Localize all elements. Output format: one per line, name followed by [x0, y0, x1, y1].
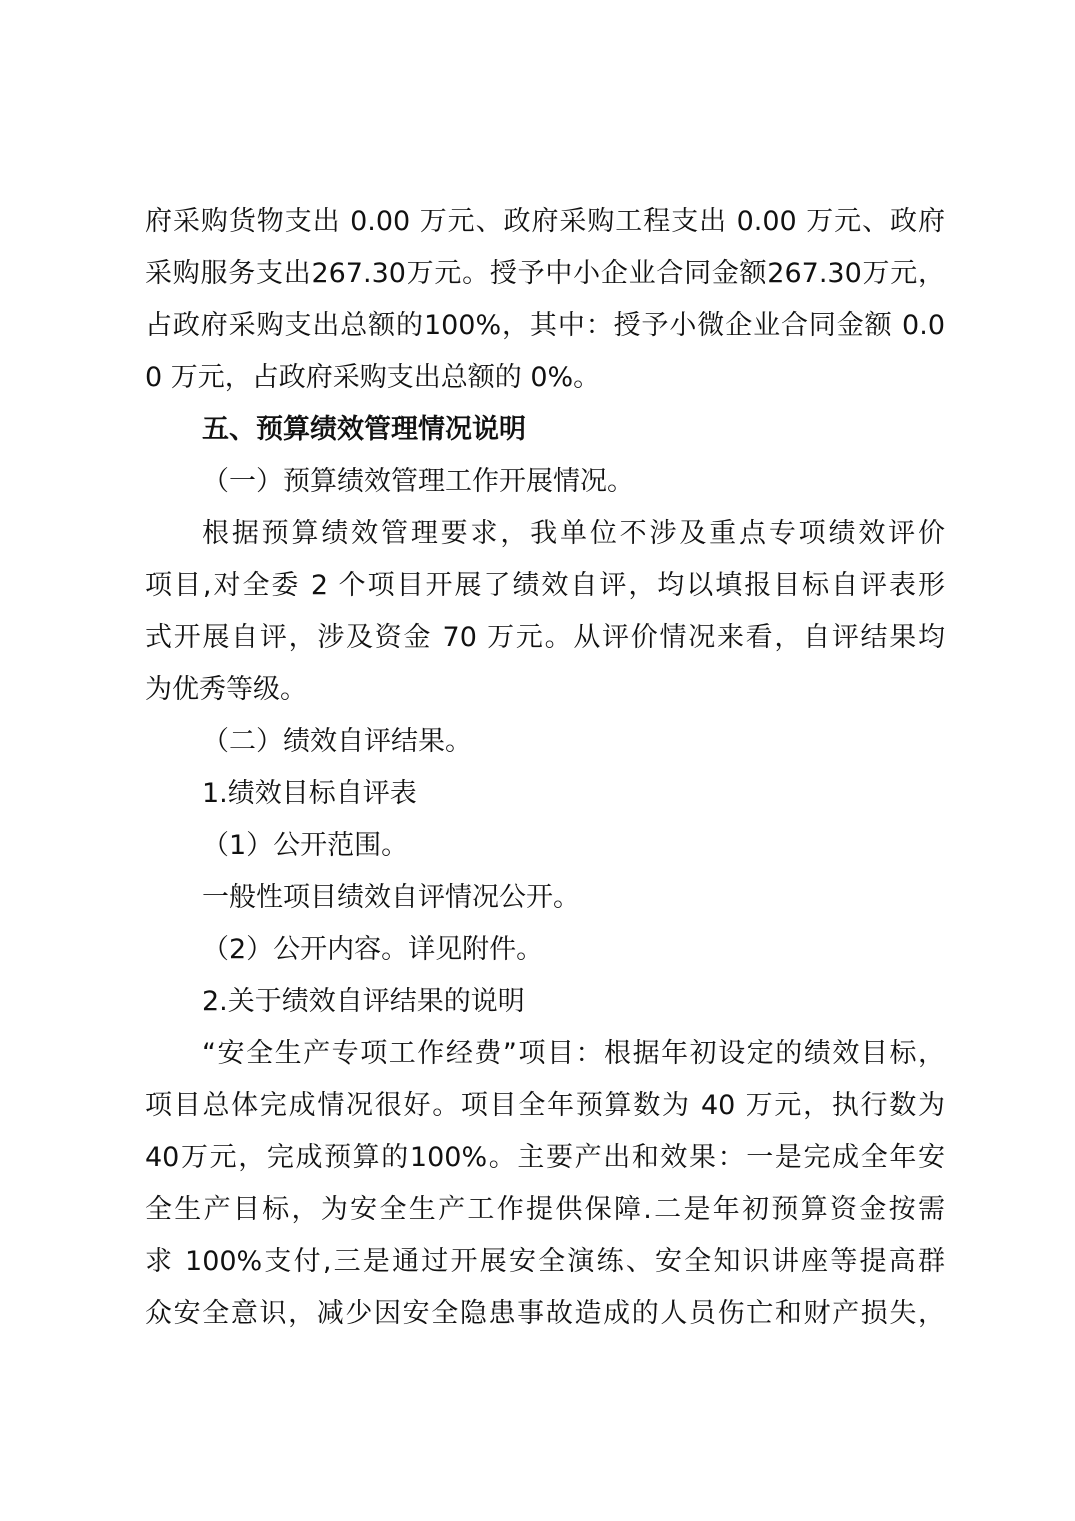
body-text-line: 式开展自评，涉及资金 70 万元。从评价情况来看，自评结果均 — [145, 618, 945, 658]
body-text-line: 全生产目标，为安全生产工作提供保障.二是年初预算资金按需 — [145, 1190, 945, 1230]
body-text-line: “安全生产专项工作经费”项目：根据年初设定的绩效目标， — [202, 1034, 945, 1074]
numbered-item-heading: 2.关于绩效自评结果的说明 — [202, 982, 945, 1022]
sub-item-heading: （1）公开范围。 — [202, 826, 945, 866]
numbered-item-heading: 1.绩效目标自评表 — [202, 774, 945, 814]
sub-item-heading: （2）公开内容。详见附件。 — [202, 930, 945, 970]
body-text-line: 一般性项目绩效自评情况公开。 — [202, 878, 945, 918]
body-text-line: 求 100%支付,三是通过开展安全演练、安全知识讲座等提高群 — [145, 1242, 945, 1282]
subsection-heading: （二）绩效自评结果。 — [202, 722, 945, 762]
body-text-line: 采购服务支出267.30万元。授予中小企业合同金额267.30万元， — [145, 254, 945, 294]
body-text-line: 府采购货物支出 0.00 万元、政府采购工程支出 0.00 万元、政府 — [145, 202, 945, 242]
body-text-line: 占政府采购支出总额的100%，其中：授予小微企业合同金额 0.0 — [145, 306, 945, 346]
body-text-line: 众安全意识，减少因安全隐患事故造成的人员伤亡和财产损失， — [145, 1294, 945, 1334]
subsection-heading: （一）预算绩效管理工作开展情况。 — [202, 462, 945, 502]
body-text-line: 为优秀等级。 — [145, 670, 945, 710]
body-text-line: 0 万元，占政府采购支出总额的 0%。 — [145, 358, 945, 398]
body-text-line: 根据预算绩效管理要求，我单位不涉及重点专项绩效评价 — [202, 514, 945, 554]
document-page: 府采购货物支出 0.00 万元、政府采购工程支出 0.00 万元、政府 采购服务… — [0, 0, 1075, 1521]
section-heading: 五、预算绩效管理情况说明 — [202, 410, 945, 450]
body-text-line: 项目总体完成情况很好。项目全年预算数为 40 万元，执行数为 — [145, 1086, 945, 1126]
body-text-line: 项目,对全委 2 个项目开展了绩效自评，均以填报目标自评表形 — [145, 566, 945, 606]
body-text-line: 40万元，完成预算的100%。主要产出和效果：一是完成全年安 — [145, 1138, 945, 1178]
